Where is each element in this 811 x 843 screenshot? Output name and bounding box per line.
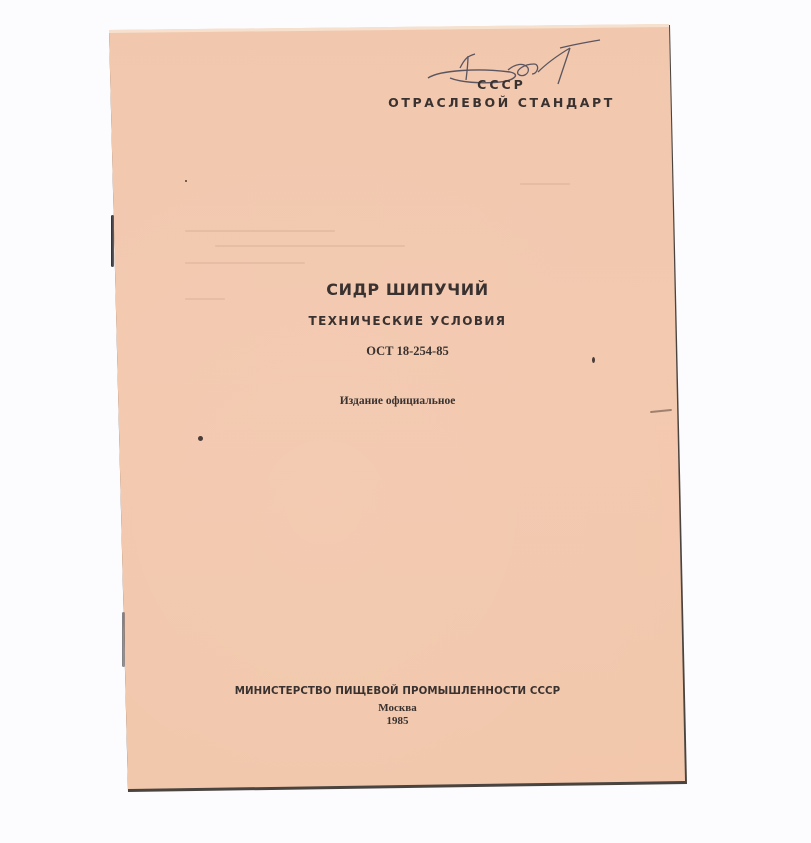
publication-year: 1985 xyxy=(0,715,803,727)
publisher: МИНИСТЕРСТВО ПИЩЕВОЙ ПРОМЫШЛЕННОСТИ СССР xyxy=(20,684,774,697)
country-header: СССР xyxy=(96,77,811,92)
bleed-through-line xyxy=(185,230,335,232)
document-subtitle: ТЕХНИЧЕСКИЕ УСЛОВИЯ xyxy=(2,314,811,328)
standard-type-header: ОТРАСЛЕВОЙ СТАНДАРТ xyxy=(96,95,811,110)
document-title: СИДР ШИПУЧИЙ xyxy=(2,280,811,299)
ink-speck xyxy=(185,180,187,182)
bleed-through-line xyxy=(215,245,405,247)
standard-code: ОСТ 18-254-85 xyxy=(2,344,811,359)
scanned-document: СССР ОТРАСЛЕВОЙ СТАНДАРТ СИДР ШИПУЧИЙ ТЕ… xyxy=(0,0,811,843)
edition-label: Издание официальное xyxy=(0,395,803,407)
publication-city: Москва xyxy=(0,702,803,714)
staple xyxy=(111,215,114,267)
bleed-through-line xyxy=(185,262,305,264)
bleed-through-line xyxy=(520,183,570,185)
ink-speck xyxy=(198,436,203,441)
staple xyxy=(122,612,125,667)
